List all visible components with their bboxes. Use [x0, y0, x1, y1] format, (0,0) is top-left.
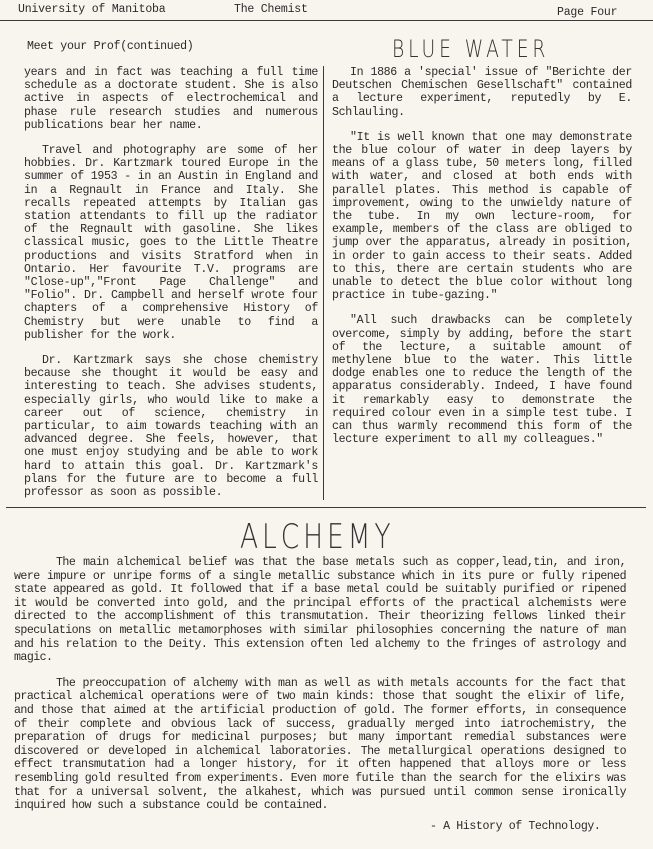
left-paragraph: years and in fact was teaching a full ti… [24, 66, 318, 132]
alchemy-attribution: - A History of Technology. [430, 820, 601, 833]
header-publisher: University of Manitoba [18, 3, 165, 16]
header-rule [0, 20, 653, 21]
left-column: years and in fact was teaching a full ti… [24, 66, 318, 499]
alchemy-body: The main alchemical belief was that the … [14, 556, 626, 813]
header-publication: The Chemist [234, 3, 308, 16]
section-rule [6, 507, 646, 508]
right-paragraph: "All such drawbacks can be completely ov… [332, 314, 632, 446]
blue-water-title: BLUE WATER [392, 35, 549, 63]
header-page-number: Page Four [557, 6, 617, 19]
right-paragraph: In 1886 a 'special' issue of "Berichte d… [332, 66, 632, 119]
alchemy-paragraph: The main alchemical belief was that the … [14, 556, 626, 665]
left-paragraph: Dr. Kartzmark says she chose chemistry b… [24, 354, 318, 499]
right-paragraph: "It is well known that one may demonstra… [332, 131, 632, 303]
alchemy-title: ALCHEMY [240, 517, 395, 557]
left-paragraph: Travel and photography are some of her h… [24, 144, 318, 342]
column-divider [323, 66, 324, 500]
alchemy-paragraph: The preoccupation of alchemy with man as… [14, 677, 626, 813]
right-column: In 1886 a 'special' issue of "Berichte d… [332, 66, 632, 446]
left-column-subtitle: Meet your Prof(continued) [27, 40, 193, 53]
